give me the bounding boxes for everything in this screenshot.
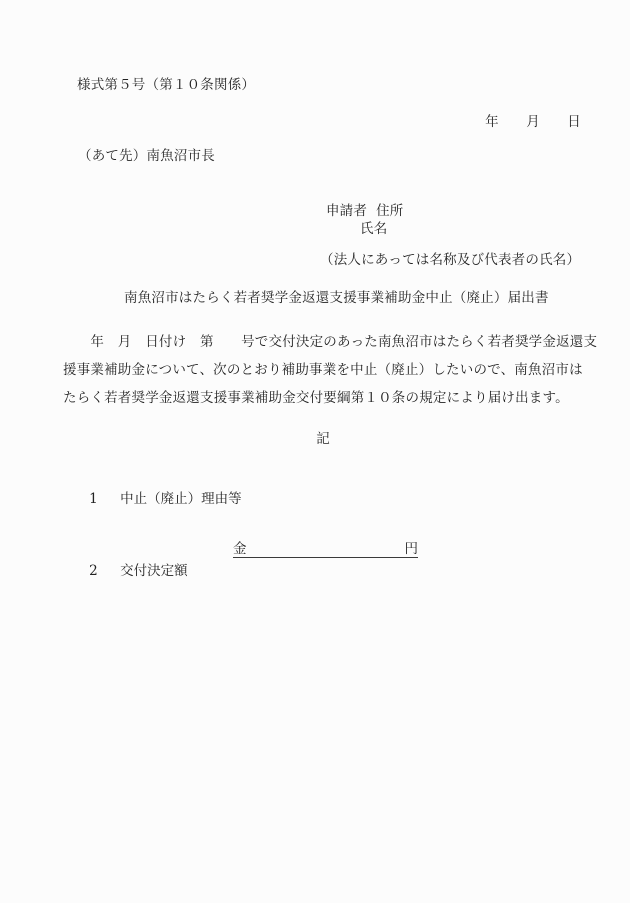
body-line-3: たらく若者奨学金返還支援事業補助金交付要綱第１０条の規定により届け出ます。 — [63, 384, 593, 412]
amount-field: 金 円 — [233, 541, 418, 558]
item-1-row: 1中止（廃止）理由等 — [72, 471, 242, 523]
applicant-address-label: 住所 — [376, 203, 403, 219]
addressee: （あて先）南魚沼市長 — [78, 148, 215, 164]
applicant-label: 申請者 — [326, 203, 367, 219]
amount-suffix: 円 — [405, 541, 419, 557]
body-line-1: 年 月 日付け 第 号で交付決定のあった南魚沼市はたらく若者奨学金返還支 — [63, 328, 593, 356]
applicant-row: 申請者住所 — [308, 187, 403, 235]
body-line-2: 援事業補助金について、次のとおり補助事業を中止（廃止）したいので、南魚沼市は — [63, 356, 593, 384]
item-2-row: 2交付決定額 — [72, 543, 188, 595]
item-2-label: 交付決定額 — [120, 563, 188, 579]
document-page: 様式第５号（第１０条関係） 年 月 日 （あて先）南魚沼市長 申請者住所 氏名 … — [0, 0, 630, 903]
date-line: 年 月 日 — [485, 114, 581, 130]
form-number: 様式第５号（第１０条関係） — [77, 77, 255, 93]
amount-prefix: 金 — [233, 541, 247, 557]
body-paragraph: 年 月 日付け 第 号で交付決定のあった南魚沼市はたらく若者奨学金返還支 援事業… — [63, 328, 593, 412]
record-marker: 記 — [0, 427, 630, 447]
document-title: 南魚沼市はたらく若者奨学金返還支援事業補助金中止（廃止）届出書 — [124, 290, 549, 306]
corporate-note: （法人にあっては名称及び代表者の氏名） — [320, 252, 580, 268]
applicant-name-label: 氏名 — [360, 221, 387, 237]
item-1-label: 中止（廃止）理由等 — [120, 491, 242, 507]
item-2-number: 2 — [89, 563, 120, 579]
item-1-number: 1 — [89, 491, 120, 507]
